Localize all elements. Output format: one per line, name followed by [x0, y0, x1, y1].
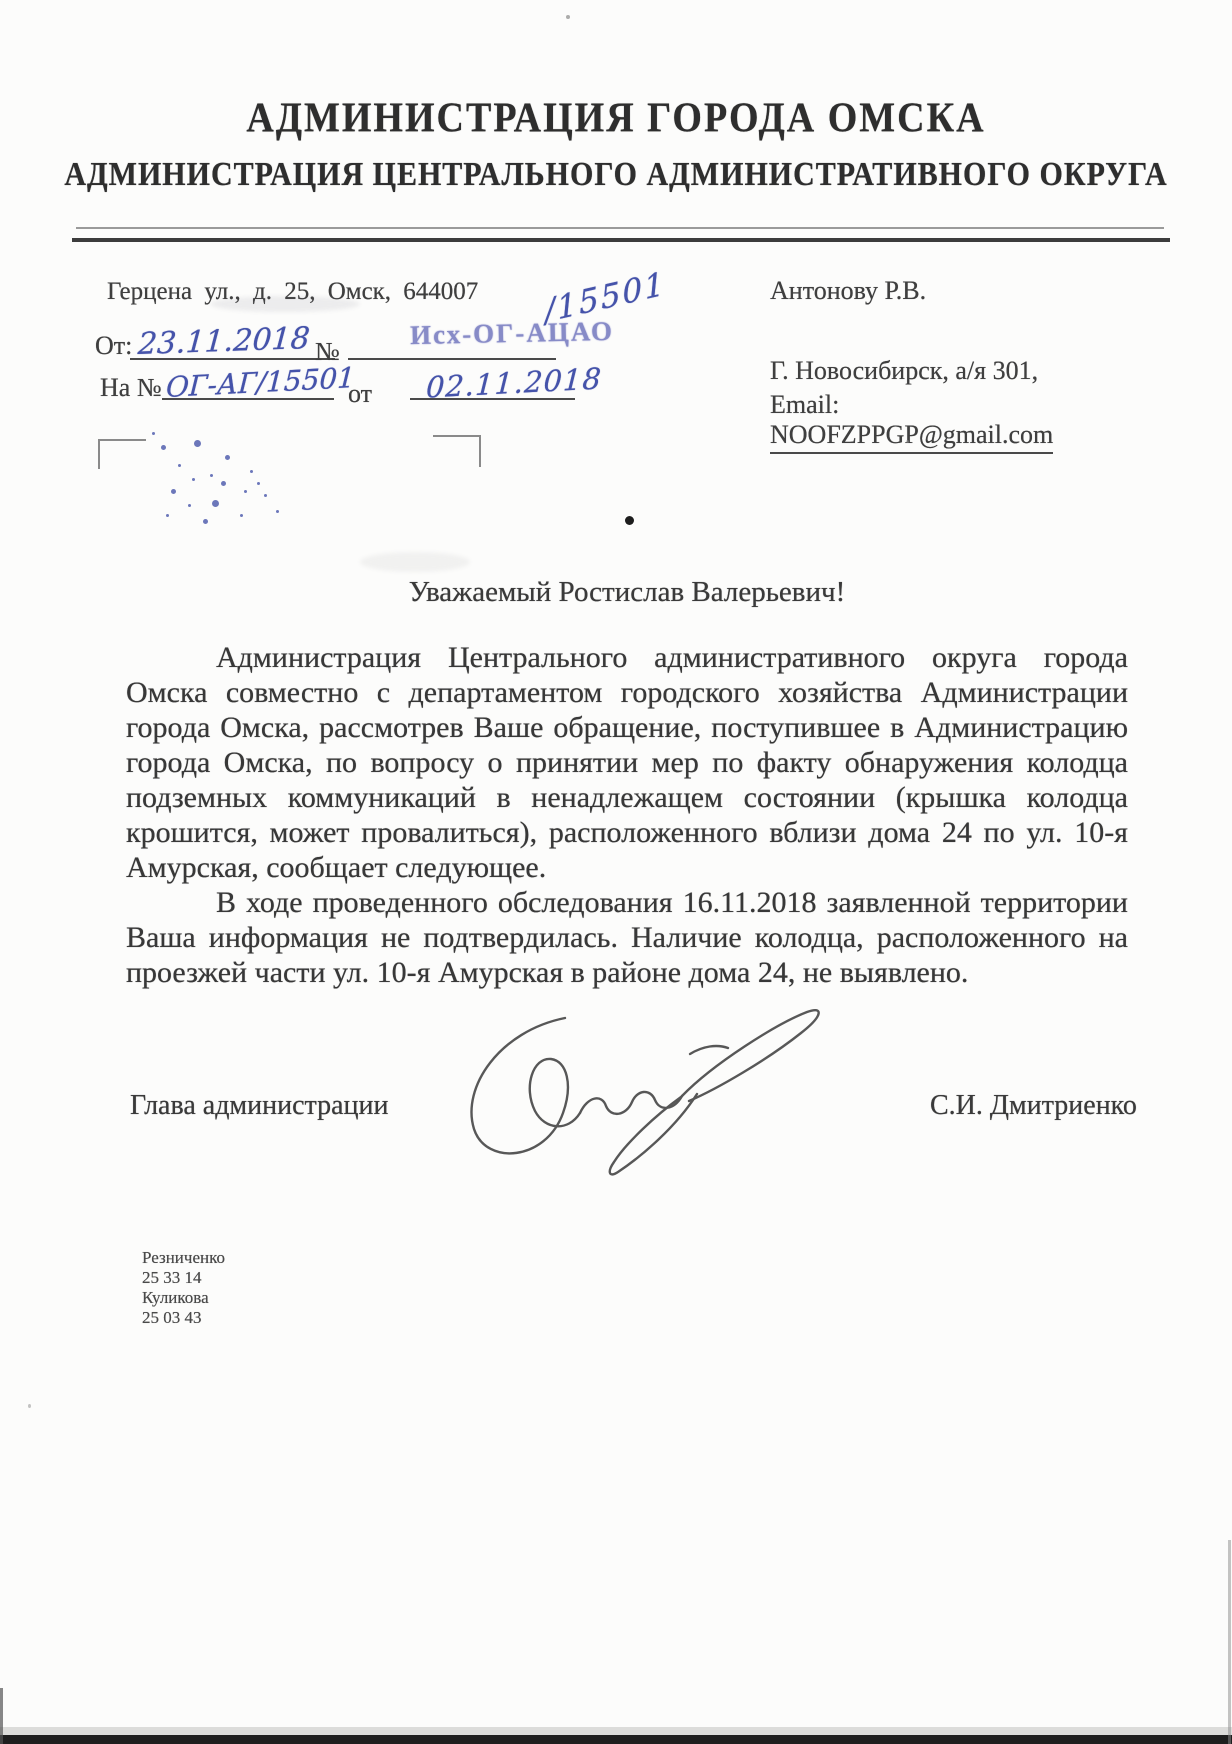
- letterhead-rule-thick: [72, 238, 1170, 242]
- scan-speck: [566, 15, 570, 19]
- contact-phone-1: 25 33 14: [142, 1268, 225, 1288]
- contact-person-1: Резниченко: [142, 1248, 225, 1268]
- signoff-position-title: Глава администрации: [130, 1090, 389, 1122]
- scan-edge-left: [0, 1688, 3, 1744]
- scanned-letter-page: АДМИНИСТРАЦИЯ ГОРОДА ОМСКА АДМИНИСТРАЦИЯ…: [0, 0, 1232, 1744]
- ref-reply-date-label: от: [348, 379, 372, 409]
- scan-speck: [906, 440, 909, 443]
- address-window-cropmark-left: [98, 439, 146, 469]
- scan-speck: [28, 1404, 31, 1408]
- ref-number-underline: [348, 357, 556, 360]
- recipient-address: Г. Новосибирск, а/я 301,: [770, 356, 1038, 386]
- letterhead-org-subtitle: АДМИНИСТРАЦИЯ ЦЕНТРАЛЬНОГО АДМИНИСТРАТИВ…: [0, 156, 1232, 194]
- handwritten-signature: [445, 1003, 845, 1181]
- scan-edge-bottom: [0, 1735, 1232, 1744]
- scan-smudge: [360, 552, 470, 572]
- ink-splatter: [152, 432, 155, 435]
- scan-dot: [625, 516, 634, 525]
- letterhead-rule-thin: [76, 227, 1164, 229]
- body-paragraph-2: В ходе проведенного обследования 16.11.2…: [126, 885, 1128, 990]
- salutation: Уважаемый Ростислав Валерьевич!: [126, 576, 1128, 609]
- contact-person-2: Куликова: [142, 1288, 225, 1308]
- contact-phone-2: 25 03 43: [142, 1308, 225, 1328]
- letter-body: Администрация Центрального административ…: [126, 640, 1128, 990]
- body-paragraph-1: Администрация Центрального административ…: [126, 640, 1128, 885]
- scan-edge-right: [1228, 1540, 1231, 1744]
- address-window-cropmark-right: [433, 435, 481, 467]
- recipient-email-label: Email:: [770, 390, 839, 420]
- reply-date-handwritten: 02.11.2018: [425, 361, 603, 404]
- outgoing-date-handwritten: 23.11.2018: [137, 321, 311, 362]
- recipient-name: Антонову Р.В.: [770, 276, 926, 306]
- executor-contacts: Резниченко 25 33 14 Куликова 25 03 43: [142, 1248, 225, 1328]
- ref-reply-label: На №: [100, 373, 162, 403]
- recipient-email: NOOFZPPGP@gmail.com: [770, 420, 1053, 454]
- signoff-name: С.И. Дмитриенко: [930, 1090, 1137, 1122]
- scan-smudge: [210, 296, 360, 312]
- letterhead-org-title: АДМИНИСТРАЦИЯ ГОРОДА ОМСКА: [0, 93, 1232, 142]
- ref-from-label: От:: [95, 331, 132, 361]
